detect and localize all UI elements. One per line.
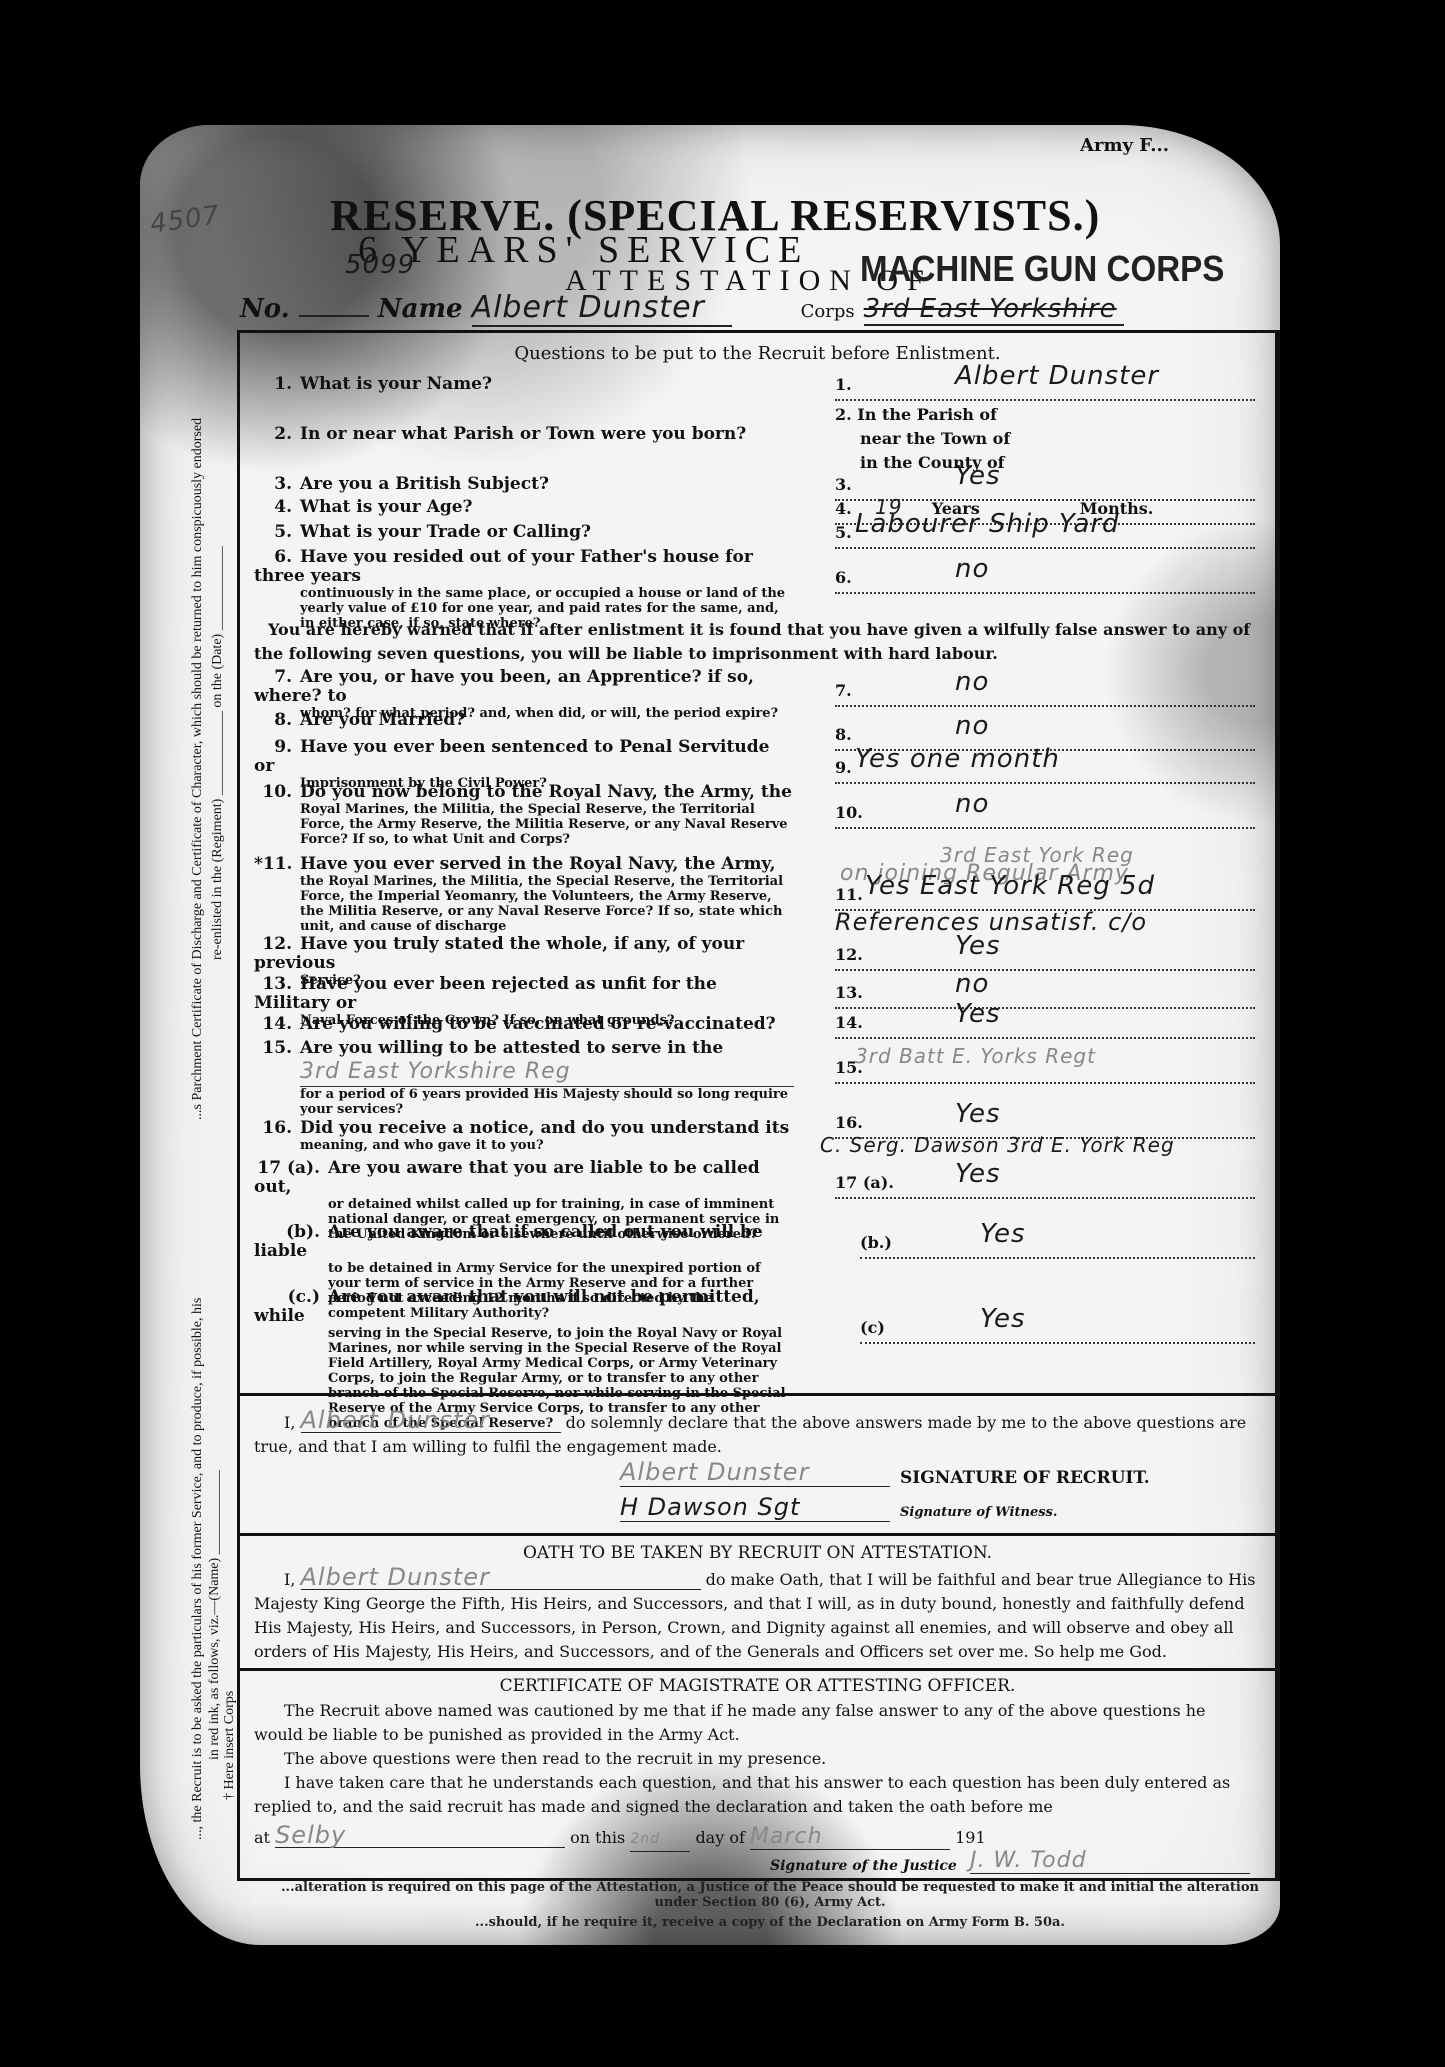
answer-2-county: in the County of <box>860 453 1255 477</box>
divider <box>240 1533 1275 1536</box>
witness-signature-label: Signature of Witness. <box>900 1505 1057 1520</box>
question-8: 8.Are you Married? <box>254 711 794 730</box>
justice-label: Signature of the Justice <box>770 1858 957 1874</box>
answer-1: 1.Albert Dunster <box>835 375 1255 401</box>
witness-signature: H Dawson Sgt <box>620 1493 890 1522</box>
warning-text: You are hereby warned that if after enli… <box>254 618 1254 666</box>
answer-15: 15.3rd Batt E. Yorks Regt <box>835 1058 1255 1084</box>
name-line: No. Name Albert Dunster Corps 3rd East Y… <box>240 290 1124 327</box>
question-2: 2.In or near what Parish or Town were yo… <box>254 425 794 444</box>
margin-note-upper-2: re-enlisted in the (Regiment) __________… <box>210 546 226 960</box>
recruit-signature: Albert Dunster <box>620 1458 890 1487</box>
question-3: 3.Are you a British Subject? <box>254 475 794 494</box>
question-4: 4.What is your Age? <box>254 498 794 517</box>
answer-14: 14.Yes <box>835 1013 1255 1039</box>
question-15: 15.Are you willing to be attested to ser… <box>254 1039 794 1117</box>
no-field <box>299 315 369 317</box>
certificate-para-3: I have taken care that he understands ea… <box>254 1771 1259 1819</box>
army-form-label: Army F... <box>1080 135 1169 156</box>
name-value: Albert Dunster <box>472 290 732 327</box>
question-1: 1.What is your Name? <box>254 375 794 394</box>
divider <box>240 1668 1275 1671</box>
question-10: 10.Do you now belong to the Royal Navy, … <box>254 783 794 847</box>
certificate-day: 2nd <box>630 1827 690 1852</box>
answer-2-town: near the Town of <box>860 429 1255 453</box>
certificate-place: Selby <box>275 1823 565 1848</box>
answer-6: 6.no <box>835 568 1255 594</box>
corps-stamp: MACHINE GUN CORPS <box>860 248 1224 290</box>
divider <box>240 1393 1275 1396</box>
answer-16-note: C. Serg. Dawson 3rd E. York Reg <box>820 1133 1175 1157</box>
question-14: 14.Are you willing to be vaccinated or r… <box>254 1015 794 1034</box>
corps-label: Corps <box>801 301 855 322</box>
question-15-corps-fill: 3rd East Yorkshire Reg <box>300 1058 794 1087</box>
answer-2-parish: 2. In the Parish of <box>835 405 1255 429</box>
certificate-para-2: The above questions were then read to th… <box>254 1747 1259 1771</box>
corps-value: 3rd East Yorkshire <box>864 294 1124 326</box>
answer-17c: (c)Yes <box>860 1318 1255 1344</box>
answer-12: 12.Yes <box>835 945 1255 971</box>
answer-17a: 17 (a).Yes <box>835 1173 1255 1199</box>
answer-13: 13.no <box>835 983 1255 1009</box>
answer-10: 10.no <box>835 803 1255 829</box>
oath-heading: OATH TO BE TAKEN BY RECRUIT ON ATTESTATI… <box>240 1543 1275 1563</box>
attestation-form: Questions to be put to the Recruit befor… <box>237 330 1280 1881</box>
footer-note-2: ...should, if he require it, receive a c… <box>280 1915 1260 1930</box>
certificate-para-1: The Recruit above named was cautioned by… <box>254 1699 1259 1747</box>
name-label: Name <box>378 294 463 324</box>
certificate-heading: CERTIFICATE OF MAGISTRATE OR ATTESTING O… <box>240 1676 1275 1696</box>
oath-text: I, Albert Dunster do make Oath, that I w… <box>254 1565 1259 1664</box>
margin-note-lower-2: in red ink, as follows, viz.—(Name) ____… <box>207 1470 223 1760</box>
recruit-signature-label: SIGNATURE OF RECRUIT. <box>900 1468 1150 1488</box>
answer-9: 9.Yes one month <box>835 758 1255 784</box>
oath-name: Albert Dunster <box>301 1565 701 1590</box>
answer-17b: (b.)Yes <box>860 1233 1255 1259</box>
answer-5: 5.Labourer Ship Yard <box>835 523 1255 549</box>
question-16: 16.Did you receive a notice, and do you … <box>254 1119 794 1153</box>
margin-note-lower-3: † Here insert Corps <box>222 1691 238 1800</box>
margin-note-lower-1: ..., the Recruit is to be asked the part… <box>190 1298 206 1840</box>
footer-note-1: ...alteration is required on this page o… <box>280 1880 1260 1910</box>
certificate-month: March <box>750 1825 950 1850</box>
question-11: *11.Have you ever served in the Royal Na… <box>254 855 794 934</box>
declaration-name: Albert Dunster <box>301 1408 561 1433</box>
justice-signature: J. W. Todd <box>970 1848 1250 1874</box>
answer-7: 7.no <box>835 681 1255 707</box>
no-label: No. <box>240 294 290 324</box>
serial-number: 5099 <box>345 250 415 280</box>
question-5: 5.What is your Trade or Calling? <box>254 523 794 542</box>
margin-note-upper-1: ...s Parchment Certificate of Discharge … <box>190 418 206 1120</box>
declaration-text: I, Albert Dunster do solemnly declare th… <box>254 1408 1254 1459</box>
